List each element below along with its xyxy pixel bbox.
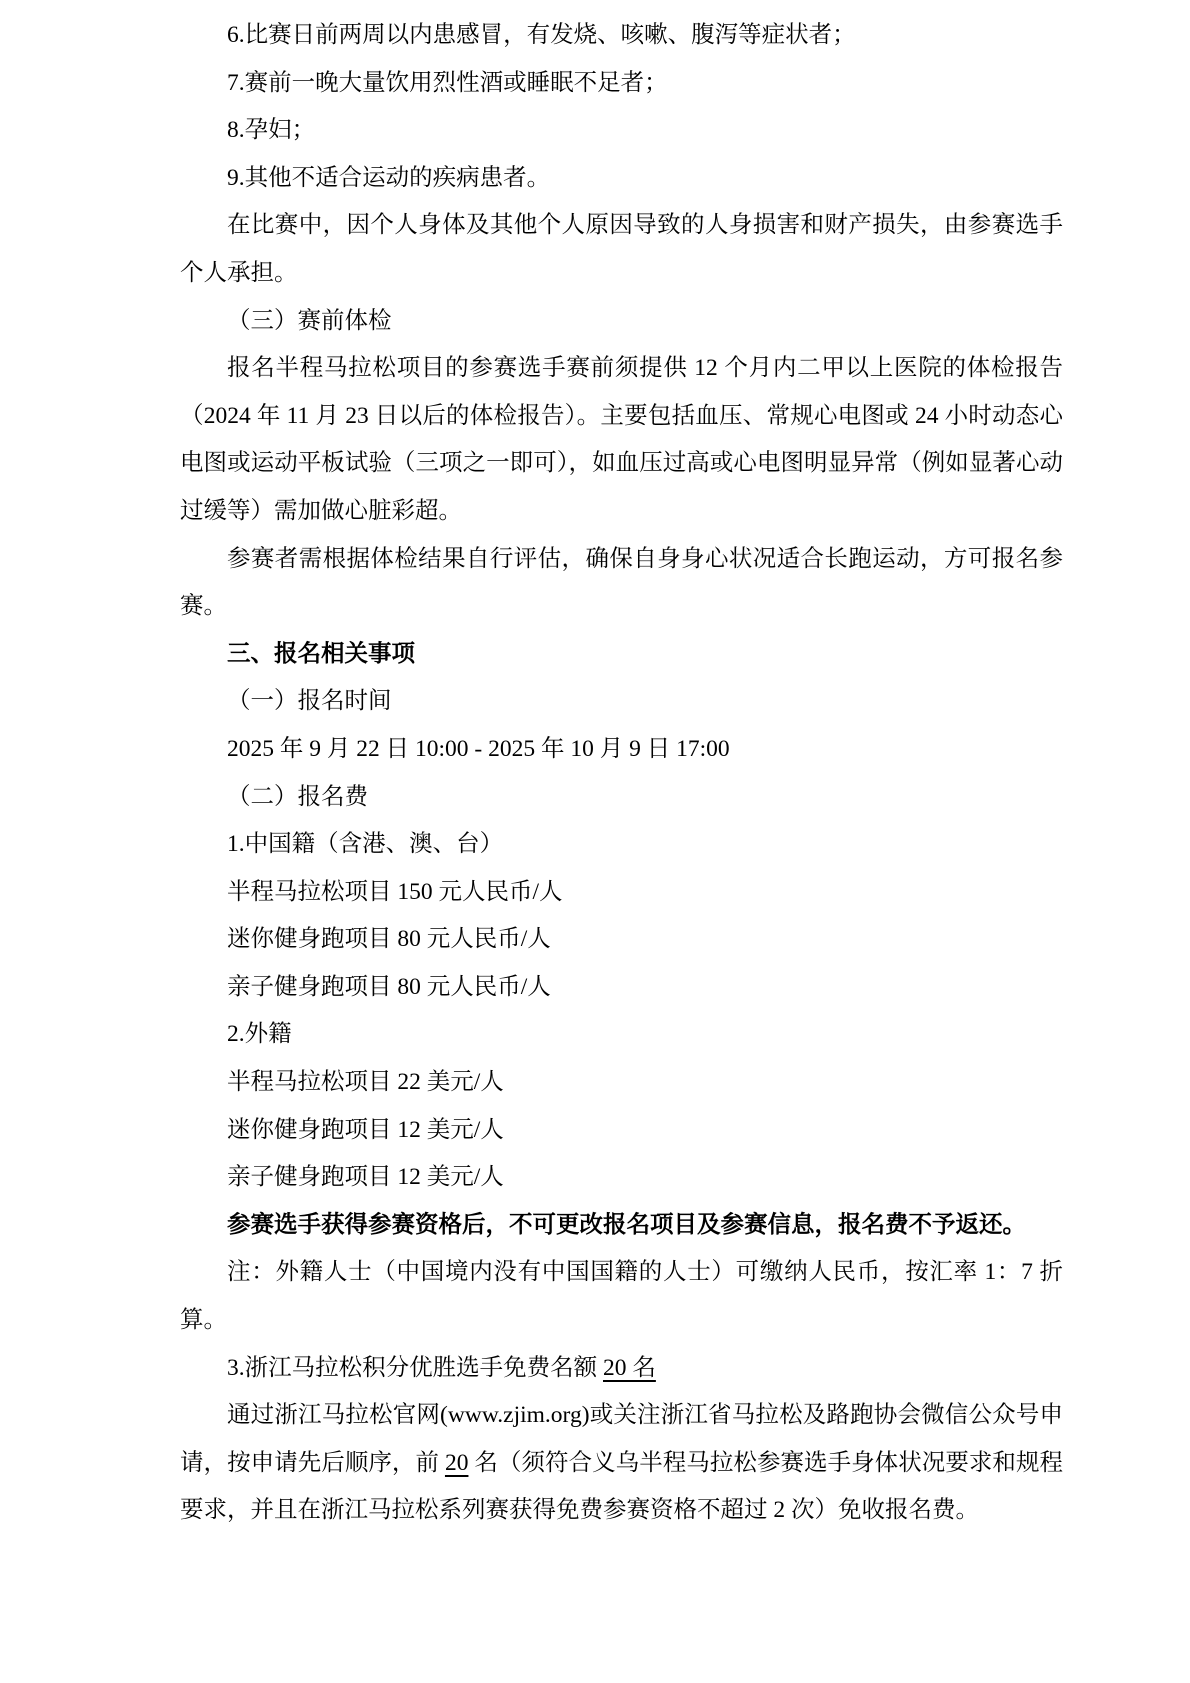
text-run: 9.其他不适合运动的疾病患者。 [227,165,550,191]
paragraph-subsection-3-pre-race-checkup: （三）赛前体检 [180,298,1063,346]
paragraph-checkup-requirements: 报名半程马拉松项目的参赛选手赛前须提供 12 个月内二甲以上医院的体检报告（20… [180,345,1063,535]
text-run: 3.浙江马拉松积分优胜选手免费名额 [227,1355,603,1381]
text-run: 2025 年 9 月 22 日 10:00 - 2025 年 10 月 9 日 … [227,736,730,762]
paragraph-restriction-item-8: 8.孕妇； [180,107,1063,155]
paragraph-exchange-rate-note: 注：外籍人士（中国境内没有中国国籍的人士）可缴纳人民币，按汇率 1：7 折算。 [180,1249,1063,1344]
paragraph-fee-chinese-heading: 1.中国籍（含港、澳、台） [180,821,1063,869]
underlined-text-run: 20 名 [603,1355,656,1381]
paragraph-no-refund-notice: 参赛选手获得参赛资格后，不可更改报名项目及参赛信息，报名费不予返还。 [180,1202,1063,1250]
text-run: 2.外籍 [227,1021,292,1047]
paragraph-fee-fr-mini-run: 迷你健身跑项目 12 美元/人 [180,1107,1063,1155]
text-run: 半程马拉松项目 150 元人民币/人 [227,879,563,905]
paragraph-registration-period: 2025 年 9 月 22 日 10:00 - 2025 年 10 月 9 日 … [180,726,1063,774]
paragraph-self-assessment-note: 参赛者需根据体检结果自行评估，确保自身身心状况适合长跑运动，方可报名参赛。 [180,536,1063,631]
text-run: 三、报名相关事项 [227,641,415,667]
paragraph-restriction-item-7: 7.赛前一晚大量饮用烈性酒或睡眠不足者； [180,60,1063,108]
document-page: 6.比赛日前两周以内患感冒，有发烧、咳嗽、腹泻等症状者；7.赛前一晚大量饮用烈性… [0,0,1190,1683]
text-run: 亲子健身跑项目 12 美元/人 [227,1164,504,1190]
text-run: 8.孕妇； [227,117,315,143]
paragraph-free-quota-detail: 通过浙江马拉松官网(www.zjim.org)或关注浙江省马拉松及路跑协会微信公… [180,1392,1063,1535]
paragraph-fee-cn-family-run: 亲子健身跑项目 80 元人民币/人 [180,964,1063,1012]
text-run: 亲子健身跑项目 80 元人民币/人 [227,974,551,1000]
document-body: 6.比赛日前两周以内患感冒，有发烧、咳嗽、腹泻等症状者；7.赛前一晚大量饮用烈性… [180,12,1063,1535]
underlined-text-run: 20 [445,1450,469,1476]
paragraph-subsection-2-registration-fee: （二）报名费 [180,774,1063,822]
paragraph-fee-cn-mini-run: 迷你健身跑项目 80 元人民币/人 [180,916,1063,964]
text-run: （二）报名费 [227,784,368,810]
text-run: 报名半程马拉松项目的参赛选手赛前须提供 12 个月内二甲以上医院的体检报告（20… [180,355,1063,524]
text-run: 6.比赛日前两周以内患感冒，有发烧、咳嗽、腹泻等症状者； [227,22,856,48]
paragraph-restriction-item-9: 9.其他不适合运动的疾病患者。 [180,155,1063,203]
paragraph-restriction-item-6: 6.比赛日前两周以内患感冒，有发烧、咳嗽、腹泻等症状者； [180,12,1063,60]
text-run: （三）赛前体检 [227,308,392,334]
text-run: 1.中国籍（含港、澳、台） [227,831,503,857]
paragraph-fee-fr-half-marathon: 半程马拉松项目 22 美元/人 [180,1059,1063,1107]
text-run: 参赛选手获得参赛资格后，不可更改报名项目及参赛信息，报名费不予返还。 [227,1212,1026,1238]
text-run: 7.赛前一晚大量饮用烈性酒或睡眠不足者； [227,70,668,96]
paragraph-fee-fr-family-run: 亲子健身跑项目 12 美元/人 [180,1154,1063,1202]
text-run: 迷你健身跑项目 12 美元/人 [227,1117,504,1143]
paragraph-fee-cn-half-marathon: 半程马拉松项目 150 元人民币/人 [180,869,1063,917]
paragraph-section-3-heading: 三、报名相关事项 [180,631,1063,679]
text-run: 迷你健身跑项目 80 元人民币/人 [227,926,551,952]
text-run: 注：外籍人士（中国境内没有中国国籍的人士）可缴纳人民币，按汇率 1：7 折算。 [180,1259,1063,1333]
paragraph-subsection-1-registration-time: （一）报名时间 [180,678,1063,726]
text-run: 半程马拉松项目 22 美元/人 [227,1069,504,1095]
paragraph-free-quota-heading: 3.浙江马拉松积分优胜选手免费名额 20 名 [180,1345,1063,1393]
text-run: 在比赛中，因个人身体及其他个人原因导致的人身损害和财产损失，由参赛选手个人承担。 [180,212,1063,286]
paragraph-liability-note: 在比赛中，因个人身体及其他个人原因导致的人身损害和财产损失，由参赛选手个人承担。 [180,202,1063,297]
paragraph-fee-foreign-heading: 2.外籍 [180,1011,1063,1059]
text-run: （一）报名时间 [227,688,392,714]
text-run: 参赛者需根据体检结果自行评估，确保自身身心状况适合长跑运动，方可报名参赛。 [180,546,1063,620]
